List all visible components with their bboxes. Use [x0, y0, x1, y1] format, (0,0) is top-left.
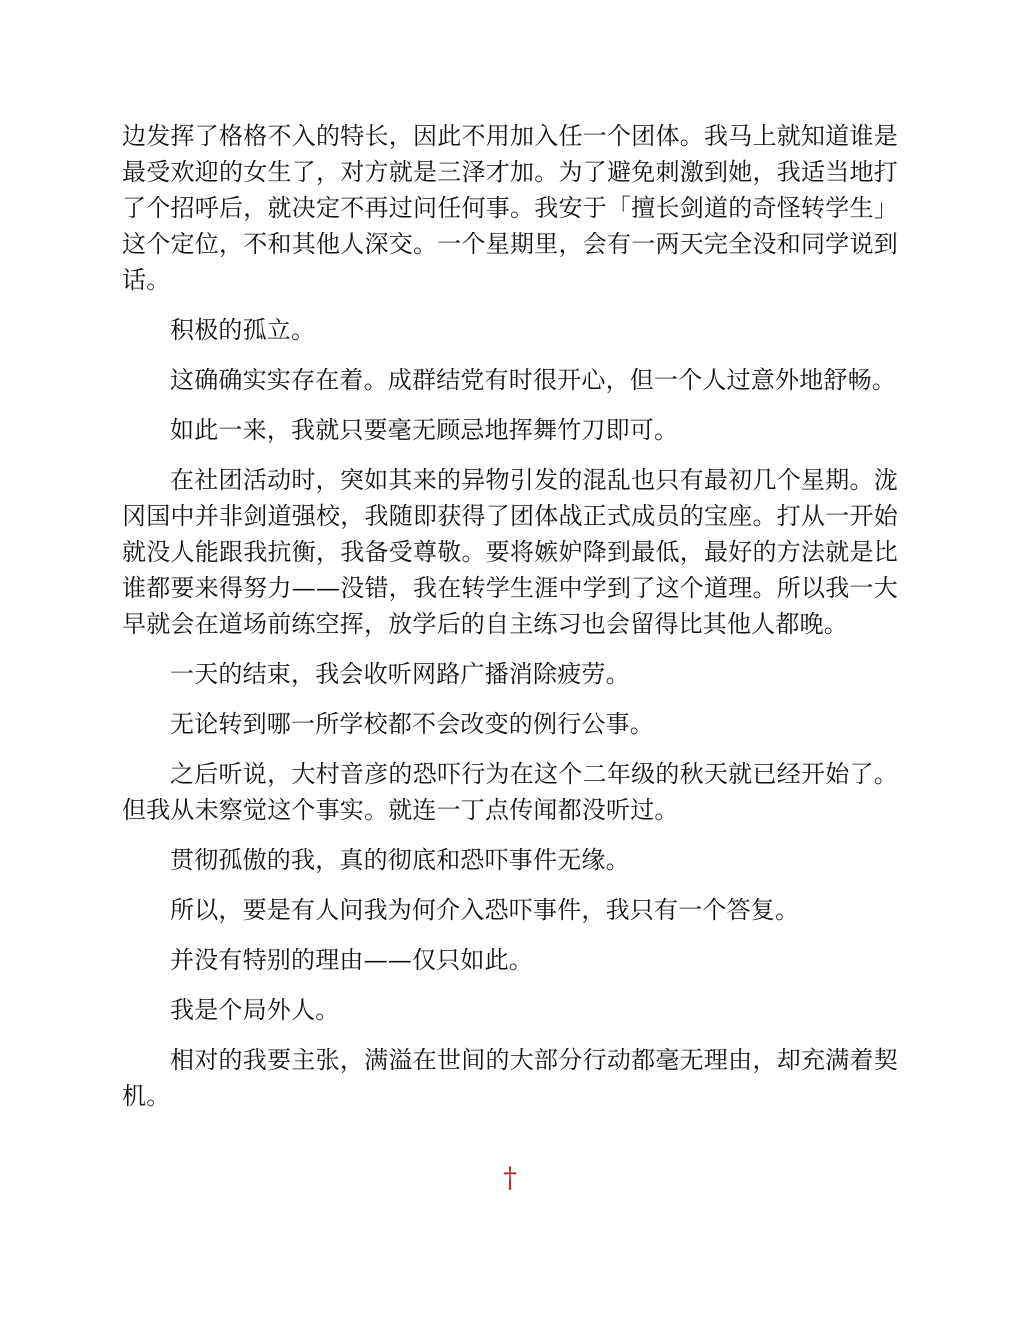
paragraph: 并没有特别的理由——仅只如此。 [122, 942, 898, 978]
paragraph: 在社团活动时，突如其来的异物引发的混乱也只有最初几个星期。泷冈国中并非剑道强校，… [122, 462, 898, 642]
dagger-cross-icon: † [503, 1161, 517, 1194]
paragraph: 一天的结束，我会收听网路广播消除疲劳。 [122, 656, 898, 692]
paragraph: 积极的孤立。 [122, 312, 898, 348]
paragraph: 无论转到哪一所学校都不会改变的例行公事。 [122, 706, 898, 742]
paragraph: 如此一来，我就只要毫无顾忌地挥舞竹刀即可。 [122, 412, 898, 448]
section-divider: † [0, 1160, 1020, 1196]
paragraph: 贯彻孤傲的我，真的彻底和恐吓事件无缘。 [122, 842, 898, 878]
paragraph: 这确确实实存在着。成群结党有时很开心，但一个人过意外地舒畅。 [122, 362, 898, 398]
paragraph: 边发挥了格格不入的特长，因此不用加入任一个团体。我马上就知道谁是最受欢迎的女生了… [122, 118, 898, 298]
paragraph: 我是个局外人。 [122, 992, 898, 1028]
paragraph: 之后听说，大村音彦的恐吓行为在这个二年级的秋天就已经开始了。但我从未察觉这个事实… [122, 756, 898, 828]
paragraph: 相对的我要主张，满溢在世间的大部分行动都毫无理由，却充满着契机。 [122, 1042, 898, 1114]
document-body: 边发挥了格格不入的特长，因此不用加入任一个团体。我马上就知道谁是最受欢迎的女生了… [122, 118, 898, 1128]
paragraph: 所以，要是有人问我为何介入恐吓事件，我只有一个答复。 [122, 892, 898, 928]
